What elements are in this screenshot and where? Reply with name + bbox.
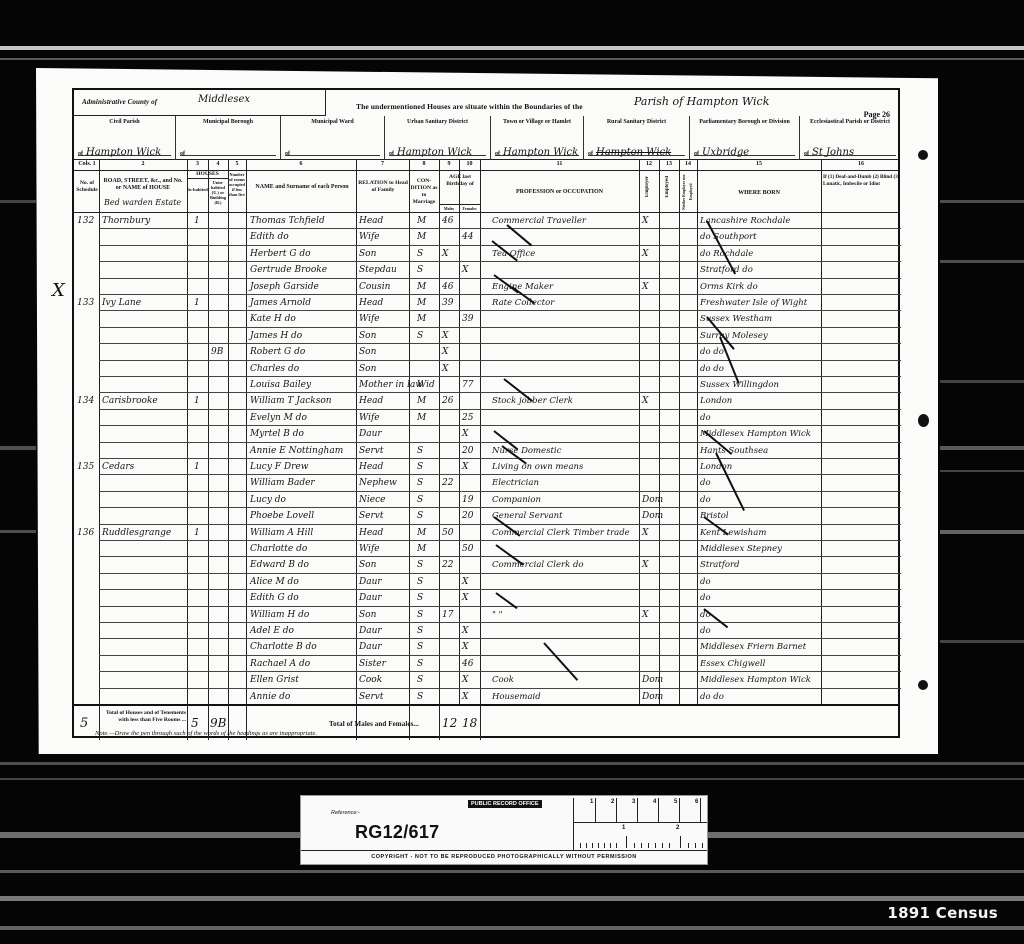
occupation: Engine Maker <box>492 282 553 292</box>
marital-condition: S <box>417 692 423 702</box>
row-divider <box>99 228 901 229</box>
header-employer: Employer <box>644 176 651 197</box>
male-age: X <box>442 249 448 259</box>
birthplace: Orms Kirk do <box>700 282 758 292</box>
uninhabited-mark: 9B <box>211 347 223 357</box>
person-name: Charlotte do <box>250 544 307 554</box>
row-divider <box>99 507 901 508</box>
house-name: Thornbury <box>102 216 150 226</box>
reference-label: Reference:- <box>331 810 360 816</box>
marital-condition: S <box>417 478 423 488</box>
relation: Sister <box>359 659 386 669</box>
total-houses-label: Total of Houses and of Tenements with le… <box>102 710 186 724</box>
marital-condition: S <box>417 593 423 603</box>
occupation: Housemaid <box>492 692 541 702</box>
header-relation: RELATION to Head of Family <box>358 180 408 194</box>
relation: Mother in law <box>359 380 423 390</box>
header-houses: HOUSES <box>187 171 228 179</box>
person-name: James Arnold <box>250 298 311 308</box>
image-caption: 1891 Census <box>887 904 998 922</box>
person-name: William A Hill <box>250 528 313 538</box>
occupation: Companion <box>492 495 541 505</box>
row-divider <box>99 589 901 590</box>
marital-condition: S <box>417 331 423 341</box>
inhabited-count: 1 <box>194 528 200 538</box>
person-name: Lucy do <box>250 495 286 505</box>
schedule-number: 135 <box>77 462 94 472</box>
female-age: 20 <box>462 511 473 521</box>
male-age: X <box>442 347 448 357</box>
row-divider <box>99 261 901 262</box>
employment-status: Dom <box>642 511 663 521</box>
birthplace: do <box>700 478 711 488</box>
district-ecclesiastical: Ecclesiastical Parish or District ofSt J… <box>800 116 900 160</box>
header-schedule: No. of Schedule <box>75 180 99 194</box>
birthplace: do <box>700 495 711 505</box>
person-name: Myrtel B do <box>250 429 304 439</box>
row-divider <box>99 343 901 344</box>
person-name: Alice M do <box>250 577 299 587</box>
male-age: 39 <box>442 298 453 308</box>
employment-status: X <box>642 610 648 620</box>
person-name: William H do <box>250 610 309 620</box>
relation: Head <box>359 528 383 538</box>
female-age: X <box>462 642 468 652</box>
person-name: Edith do <box>250 232 289 242</box>
male-age: 26 <box>442 396 453 406</box>
person-name: Charlotte B do <box>250 642 317 652</box>
row-divider <box>99 294 901 295</box>
female-age: 44 <box>462 232 473 242</box>
male-age: 46 <box>442 282 453 292</box>
marital-condition: S <box>417 626 423 636</box>
header-age: AGE last Birthday of <box>440 174 480 188</box>
marital-condition: M <box>417 528 426 538</box>
birthplace: Surrey Molesey <box>700 331 768 341</box>
person-name: Joseph Garside <box>250 282 319 292</box>
row-divider <box>99 425 901 426</box>
female-age: 77 <box>462 380 473 390</box>
relation: Son <box>359 249 376 259</box>
row-divider <box>99 556 901 557</box>
reference-number: RG12/617 <box>355 822 439 843</box>
person-name: James H do <box>250 331 302 341</box>
relation: Head <box>359 396 383 406</box>
punch-hole-bottom <box>918 680 928 690</box>
person-name: Robert G do <box>250 347 305 357</box>
district-rural-sanitary: Rural Sanitary District ofHampton Wick <box>584 116 690 160</box>
census-form: Administrative County of Middlesex The u… <box>72 88 900 738</box>
employment-status: X <box>642 560 648 570</box>
female-age: X <box>462 429 468 439</box>
administrative-county-box: Administrative County of Middlesex <box>74 90 326 116</box>
male-age: 22 <box>442 478 453 488</box>
birthplace: do do <box>700 347 724 357</box>
district-municipal-borough: Municipal Borough of <box>176 116 281 160</box>
district-row: Civil Parish ofHampton Wick Municipal Bo… <box>74 116 898 160</box>
female-age: X <box>462 593 468 603</box>
total-males: 12 <box>442 716 457 730</box>
marital-condition: S <box>417 577 423 587</box>
birthplace: Stratford <box>700 560 740 570</box>
marital-condition: S <box>417 462 423 472</box>
row-divider <box>99 327 901 328</box>
row-divider <box>99 671 901 672</box>
birthplace: do do <box>700 364 724 374</box>
relation: Son <box>359 364 376 374</box>
office-label: PUBLIC RECORD OFFICE <box>468 800 542 808</box>
total-schedules: 5 <box>80 716 88 731</box>
birthplace: London <box>700 396 732 406</box>
male-age: X <box>442 331 448 341</box>
marital-condition: S <box>417 675 423 685</box>
female-age: 25 <box>462 413 473 423</box>
male-age: X <box>442 364 448 374</box>
person-name: Annie E Nottingham <box>250 446 343 456</box>
person-name: Adel E do <box>250 626 294 636</box>
marital-condition: M <box>417 232 426 242</box>
relation: Nephew <box>359 478 397 488</box>
relation: Head <box>359 462 383 472</box>
relation: Stepdau <box>359 265 397 275</box>
district-urban-sanitary: Urban Sanitary District ofHampton Wick <box>385 116 491 160</box>
district-municipal-ward: Municipal Ward of <box>281 116 385 160</box>
district-town-village: Town or Village or Hamlet ofHampton Wick <box>491 116 584 160</box>
schedule-number: 134 <box>77 396 94 406</box>
row-divider <box>99 310 901 311</box>
employment-status: Dom <box>642 495 663 505</box>
female-age: 19 <box>462 495 473 505</box>
female-age: X <box>462 675 468 685</box>
relation: Son <box>359 331 376 341</box>
person-name: Herbert G do <box>250 249 311 259</box>
header-condition: CON-DITION as to Marriage <box>410 178 438 206</box>
female-age: X <box>462 577 468 587</box>
relation: Daur <box>359 642 382 652</box>
header-where-born: WHERE BORN <box>697 190 821 197</box>
marital-condition: M <box>417 396 426 406</box>
relation: Wife <box>359 232 380 242</box>
birthplace: do Southport <box>700 232 757 242</box>
marital-condition: M <box>417 282 426 292</box>
house-name: Cedars <box>102 462 134 472</box>
marital-condition: M <box>417 216 426 226</box>
row-divider <box>99 573 901 574</box>
relation: Daur <box>359 577 382 587</box>
person-name: Edward B do <box>250 560 309 570</box>
marital-condition: S <box>417 642 423 652</box>
occupation: Commercial Clerk do <box>492 560 584 570</box>
footnote: Note.—Draw the pen through such of the w… <box>95 730 317 737</box>
row-divider <box>99 392 901 393</box>
administrative-county-label: Administrative County of <box>82 98 157 106</box>
relation: Son <box>359 610 376 620</box>
occupation: Electrician <box>492 478 539 488</box>
birthplace: do <box>700 577 711 587</box>
male-age: 46 <box>442 216 453 226</box>
female-age: X <box>462 462 468 472</box>
relation: Niece <box>359 495 385 505</box>
birthplace: London <box>700 462 732 472</box>
schedule-number: 132 <box>77 216 94 226</box>
female-age: X <box>462 265 468 275</box>
relation: Wife <box>359 413 380 423</box>
employment-status: X <box>642 528 648 538</box>
row-divider <box>99 540 901 541</box>
person-name: Charles do <box>250 364 299 374</box>
row-divider <box>99 622 901 623</box>
row-divider <box>99 688 901 689</box>
row-divider <box>99 409 901 410</box>
person-name: Phoebe Lovell <box>250 511 314 521</box>
relation: Daur <box>359 593 382 603</box>
marital-condition: S <box>417 560 423 570</box>
relation: Son <box>359 347 376 357</box>
birthplace: do <box>700 593 711 603</box>
district-parliamentary: Parliamentary Borough or Division ofUxbr… <box>690 116 800 160</box>
person-name: Edith G do <box>250 593 299 603</box>
birthplace: Stratford do <box>700 265 753 275</box>
birthplace: Middlesex Hampton Wick <box>700 429 811 439</box>
district-civil-parish: Civil Parish ofHampton Wick <box>74 116 176 160</box>
header-employed: Employed <box>664 176 671 198</box>
birthplace: Middlesex Hampton Wick <box>700 675 811 685</box>
total-inhabited: 5 <box>191 716 199 730</box>
scale-ruler: 1 2 3 4 5 6 1 2 <box>573 798 707 850</box>
administrative-county-value: Middlesex <box>198 94 250 105</box>
marital-condition: Wid <box>417 380 435 390</box>
relation: Cook <box>359 675 382 685</box>
header-neither: Neither Employer nor Employed <box>681 174 695 210</box>
row-divider <box>99 524 901 525</box>
relation: Cousin <box>359 282 390 292</box>
marital-condition: M <box>417 298 426 308</box>
relation: Daur <box>359 626 382 636</box>
female-age: 46 <box>462 659 473 669</box>
house-name: Carisbrooke <box>102 396 158 406</box>
header-infirmity: If (1) Deaf-and-Dumb (2) Blind (3) Lunat… <box>823 174 901 188</box>
person-name: Lucy F Drew <box>250 462 308 472</box>
marital-condition: S <box>417 249 423 259</box>
person-name: William Bader <box>250 478 315 488</box>
person-name: Kate H do <box>250 314 296 324</box>
row-divider <box>99 606 901 607</box>
relation: Servt <box>359 511 384 521</box>
birthplace: do <box>700 626 711 636</box>
person-name: Evelyn M do <box>250 413 307 423</box>
header-occupation: PROFESSION or OCCUPATION <box>480 189 639 196</box>
total-uninhabited: 9B <box>210 716 226 730</box>
header-inhabited: In-habited <box>187 186 208 193</box>
relation: Wife <box>359 544 380 554</box>
marital-condition: M <box>417 544 426 554</box>
birthplace: Freshwater Isle of Wight <box>700 298 807 308</box>
occupation: Stock jobber Clerk <box>492 396 573 406</box>
birthplace: Lancashire Rochdale <box>700 216 790 226</box>
punch-hole-middle <box>918 414 929 427</box>
row-divider <box>99 442 901 443</box>
relation: Daur <box>359 429 382 439</box>
person-name: Ellen Grist <box>250 675 299 685</box>
person-name: Rachael A do <box>250 659 310 669</box>
male-age: 50 <box>442 528 453 538</box>
female-age: X <box>462 626 468 636</box>
header-males: Males <box>439 205 459 212</box>
birthplace: Hants Southsea <box>700 446 768 456</box>
person-name: Louisa Bailey <box>250 380 311 390</box>
male-age: 17 <box>442 610 453 620</box>
employment-status: Dom <box>642 692 663 702</box>
total-persons-label: Total of Males and Females... <box>329 720 419 728</box>
total-females: 18 <box>462 716 477 730</box>
inhabited-count: 1 <box>194 298 200 308</box>
occupation: " " <box>492 610 503 620</box>
house-name: Ivy Lane <box>102 298 141 308</box>
employment-status: X <box>642 396 648 406</box>
marital-condition: M <box>417 314 426 324</box>
birthplace: do <box>700 413 711 423</box>
occupation: Cook <box>492 675 514 685</box>
house-name: Ruddlesgrange <box>102 528 171 538</box>
row-divider <box>99 458 901 459</box>
boundaries-text: The undermentioned Houses are situate wi… <box>356 102 583 111</box>
marital-condition: S <box>417 495 423 505</box>
margin-mark: X <box>52 280 65 301</box>
employment-status: Dom <box>642 675 663 685</box>
marital-condition: S <box>417 610 423 620</box>
header-uninhabited: Unin-habited (U.) or Building (B.) <box>208 180 228 205</box>
copyright-notice: COPYRIGHT - NOT TO BE REPRODUCED PHOTOGR… <box>301 850 707 864</box>
birthplace: Essex Chigwell <box>700 659 765 669</box>
schedule-number: 136 <box>77 528 94 538</box>
person-name: Annie do <box>250 692 290 702</box>
row-divider <box>99 655 901 656</box>
row-divider <box>99 360 901 361</box>
marital-condition: S <box>417 511 423 521</box>
birthplace: do do <box>700 692 724 702</box>
person-name: Gertrude Brooke <box>250 265 327 275</box>
boundaries-value: Parish of Hampton Wick <box>634 95 769 108</box>
punch-hole-top <box>918 150 928 160</box>
female-age: X <box>462 692 468 702</box>
person-name: Thomas Tchfield <box>250 216 325 226</box>
marital-condition: S <box>417 265 423 275</box>
inhabited-count: 1 <box>194 216 200 226</box>
occupation: Living on own means <box>492 462 583 472</box>
occupation: Rate Collector <box>492 298 554 308</box>
employment-status: X <box>642 249 648 259</box>
male-age: 22 <box>442 560 453 570</box>
employment-status: X <box>642 216 648 226</box>
row-divider <box>99 376 901 377</box>
birthplace: Kent Lewisham <box>700 528 766 538</box>
occupation: General Servant <box>492 511 563 521</box>
row-divider <box>99 638 901 639</box>
female-age: 50 <box>462 544 473 554</box>
header-rooms: Number of rooms occupied if less than fi… <box>228 172 246 197</box>
marital-condition: M <box>417 413 426 423</box>
inhabited-count: 1 <box>194 396 200 406</box>
schedule-number: 133 <box>77 298 94 308</box>
employment-status: X <box>642 282 648 292</box>
reference-slip: PUBLIC RECORD OFFICE Reference:- RG12/61… <box>300 795 708 865</box>
header-name: NAME and Surname of each Person <box>250 184 354 191</box>
relation: Wife <box>359 314 380 324</box>
row-divider <box>99 491 901 492</box>
birthplace: Middlesex Stepney <box>700 544 782 554</box>
female-age: 39 <box>462 314 473 324</box>
marital-condition: S <box>417 446 423 456</box>
relation: Servt <box>359 692 384 702</box>
header-road: ROAD, STREET, &c., and No. or NAME of HO… <box>101 178 185 192</box>
inhabited-count: 1 <box>194 462 200 472</box>
row-divider <box>99 474 901 475</box>
relation: Head <box>359 216 383 226</box>
female-age: 20 <box>462 446 473 456</box>
birthplace: Middlesex Friern Barnet <box>700 642 806 652</box>
relation: Servt <box>359 446 384 456</box>
birthplace: Sussex Willingdon <box>700 380 779 390</box>
relation: Head <box>359 298 383 308</box>
road-header-note: Bed warden Estate <box>104 198 181 207</box>
header-females: Females <box>459 205 480 212</box>
relation: Son <box>359 560 376 570</box>
marital-condition: S <box>417 659 423 669</box>
person-name: William T Jackson <box>250 396 332 406</box>
